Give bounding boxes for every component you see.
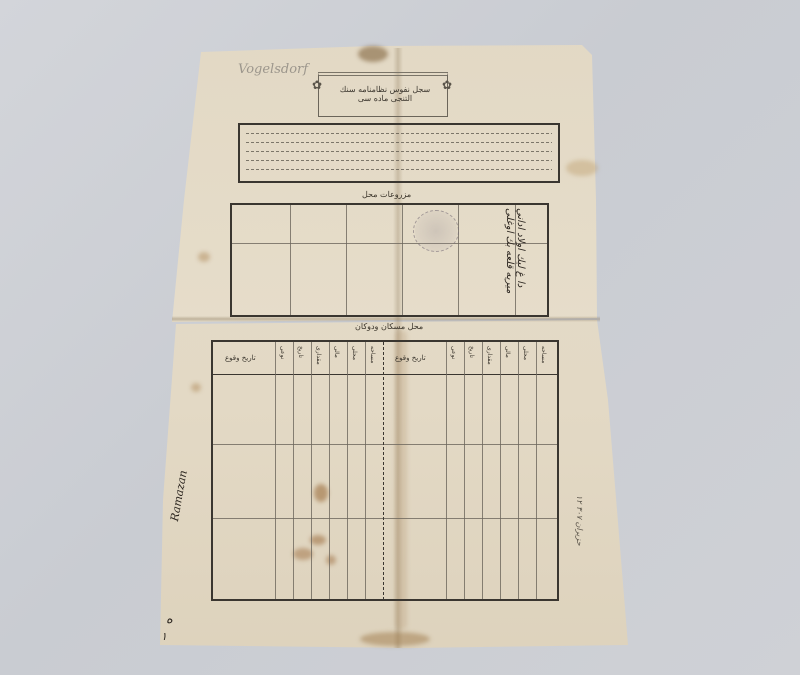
section-label-cultivated-land: مزروعات محل <box>362 190 411 199</box>
row-divider <box>213 518 557 519</box>
dashed-center-divider <box>383 342 384 599</box>
column-divider <box>464 342 465 599</box>
margin-note-corner: ١ <box>161 630 167 643</box>
official-seal-stamp <box>413 210 459 252</box>
column-divider <box>290 205 291 315</box>
intro-text-line <box>246 133 552 134</box>
column-divider <box>446 342 447 599</box>
flower-ornament-right: ✿ <box>442 78 452 92</box>
header-date-left: تاريخ وقوع <box>225 354 256 362</box>
stain-left-lower <box>191 383 201 392</box>
column-divider <box>536 342 537 599</box>
stain-bottom-edge <box>360 632 430 646</box>
header-col: تاریخ <box>297 346 304 358</box>
header-col: نوعی <box>279 346 286 359</box>
property-record-table: تاريخ وقوع تاريخ وقوع نوعی تاریخ مقداری … <box>211 340 559 601</box>
header-col: محلی <box>522 346 529 360</box>
column-divider <box>275 342 276 599</box>
header-col: محلی <box>351 346 358 360</box>
header-col: تاریخ <box>468 346 475 358</box>
column-divider <box>402 205 403 315</box>
header-divider <box>213 374 557 375</box>
column-divider <box>482 342 483 599</box>
header-col: مالی <box>504 346 511 358</box>
handwritten-entry: دا غ ليك اولاد اداني ميريه قلعه بك اوغلى <box>456 208 526 308</box>
row-divider <box>213 444 557 445</box>
intro-text-line <box>246 169 552 170</box>
header-col: مساحه <box>540 346 547 363</box>
column-divider <box>518 342 519 599</box>
column-divider <box>365 342 366 599</box>
document-header-title: سجل نفوس نظامنامه سنك التنجى ماده سى <box>330 85 440 103</box>
pencil-annotation: Vogelsdorf <box>238 62 308 77</box>
intro-text-line <box>246 160 552 161</box>
stain-right-edge <box>566 160 598 176</box>
stain-left-mid <box>198 252 210 262</box>
column-divider <box>500 342 501 599</box>
column-divider <box>346 205 347 315</box>
header-col: مقداری <box>315 346 322 365</box>
intro-text-line <box>246 142 552 143</box>
stain-top-tear <box>358 46 388 62</box>
intro-text-box <box>238 123 560 183</box>
section-label-residence-shop: محل مسكان ودوكان <box>355 322 423 331</box>
margin-note-right: ۱۲ حزیران ۳۰۷ <box>575 495 584 546</box>
column-divider <box>293 342 294 599</box>
intro-text-line <box>246 151 552 152</box>
column-divider <box>311 342 312 599</box>
flower-ornament-left: ✿ <box>312 78 322 92</box>
header-col: مقداری <box>486 346 493 365</box>
column-divider <box>329 342 330 599</box>
header-col: مالی <box>333 346 340 358</box>
header-col: نوعی <box>450 346 457 359</box>
header-col: مساحه <box>369 346 376 363</box>
column-divider <box>347 342 348 599</box>
margin-note-left-bottom: ه <box>166 612 173 627</box>
header-date-right: تاريخ وقوع <box>395 354 426 362</box>
